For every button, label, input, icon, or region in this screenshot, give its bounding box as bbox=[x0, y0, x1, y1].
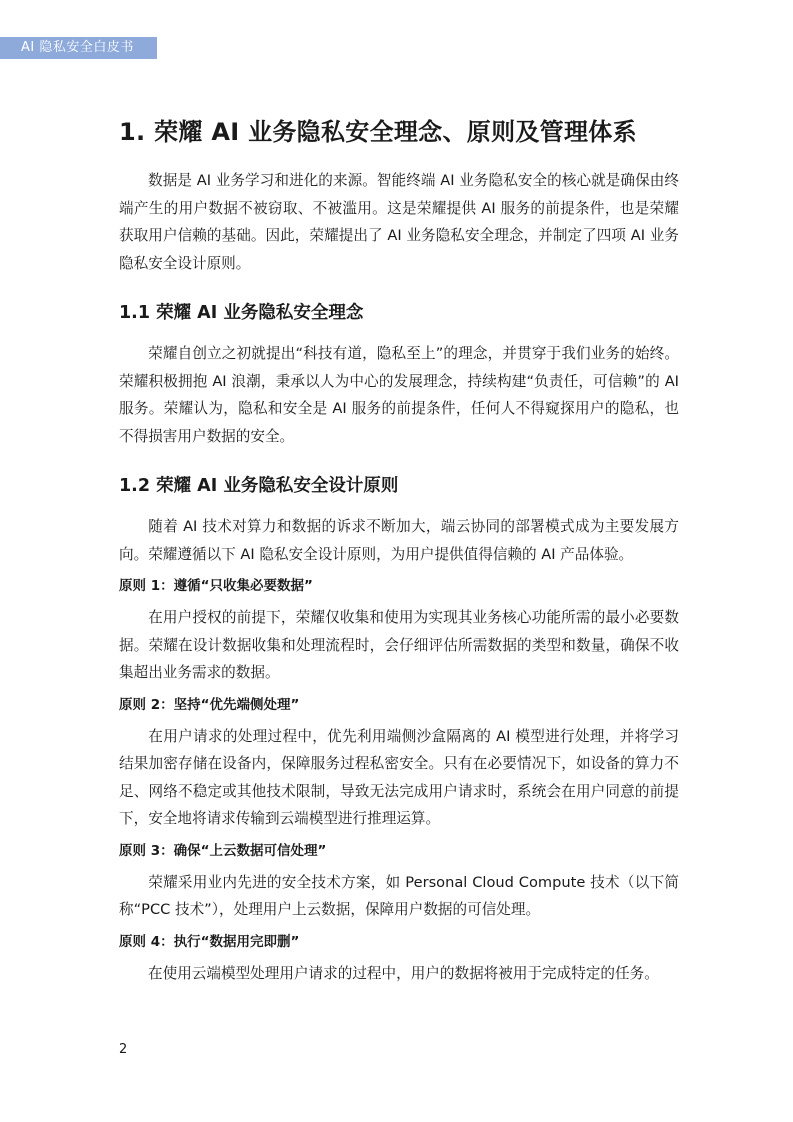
page-content: 1. 荣耀 AI 业务隐私安全理念、原则及管理体系 数据是 AI 业务学习和进化… bbox=[119, 112, 679, 987]
subsection-title-1-1: 1.1 荣耀 AI 业务隐私安全理念 bbox=[119, 299, 679, 327]
section-title: 1. 荣耀 AI 业务隐私安全理念、原则及管理体系 bbox=[119, 112, 679, 152]
subsection-paragraph-1-1: 荣耀自创立之初就提出“科技有道，隐私至上”的理念，并贯穿于我们业务的始终。荣耀积… bbox=[119, 340, 679, 450]
principle-1-title: 原则 1：遵循“只收集必要数据” bbox=[119, 574, 679, 598]
principle-1-text: 在用户授权的前提下，荣耀仅收集和使用为实现其业务核心功能所需的最小必要数据。荣耀… bbox=[119, 604, 679, 687]
principle-2-text: 在用户请求的处理过程中，优先利用端侧沙盒隔离的 AI 模型进行处理，并将学习结果… bbox=[119, 723, 679, 833]
subsection-title-1-2: 1.2 荣耀 AI 业务隐私安全设计原则 bbox=[119, 472, 679, 500]
principle-2-title: 原则 2：坚持“优先端侧处理” bbox=[119, 693, 679, 717]
principle-4-title: 原则 4：执行“数据用完即删” bbox=[119, 930, 679, 954]
header-tag: AI 隐私安全白皮书 bbox=[0, 37, 157, 59]
principle-3-text: 荣耀采用业内先进的安全技术方案，如 Personal Cloud Compute… bbox=[119, 869, 679, 924]
subsection-intro-1-2: 随着 AI 技术对算力和数据的诉求不断加大，端云协同的部署模式成为主要发展方向。… bbox=[119, 513, 679, 568]
principle-3-title: 原则 3：确保“上云数据可信处理” bbox=[119, 839, 679, 863]
page-number: 2 bbox=[119, 1042, 127, 1057]
principle-4-text: 在使用云端模型处理用户请求的过程中，用户的数据将被用于完成特定的任务。 bbox=[119, 960, 679, 988]
section-paragraph: 数据是 AI 业务学习和进化的来源。智能终端 AI 业务隐私安全的核心就是确保由… bbox=[119, 167, 679, 277]
